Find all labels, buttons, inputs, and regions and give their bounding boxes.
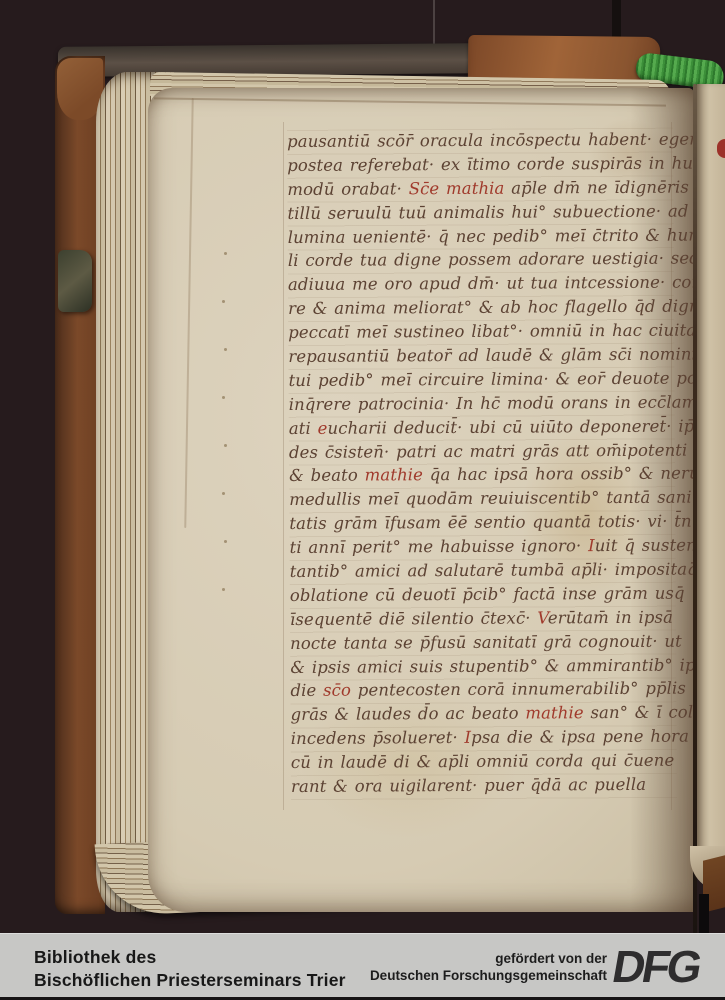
footer-banner: Bibliothek des Bischöflichen Priestersem… [0, 933, 725, 997]
clasp-remnant [58, 250, 92, 312]
pricking-mark [224, 444, 227, 447]
manuscript-line: repausantiū beator̄ ad laudē & glām sc̄i… [288, 343, 674, 369]
library-name-line1: Bibliothek des [34, 946, 346, 969]
pricking-mark [222, 300, 225, 303]
manuscript-line: pausantiū scōr̄ oracula incōspectu haben… [287, 128, 673, 154]
pricking-mark [224, 252, 227, 255]
manuscript-line: lumina uenientē· q̄ nec pedib° meī c̄tri… [288, 223, 674, 249]
pricking-mark [224, 540, 227, 543]
leaf-edge-line [154, 97, 666, 106]
manuscript-text-block: pausantiū scōr̄ oracula incōspectu haben… [287, 128, 677, 806]
red-initial-fragment [717, 139, 725, 158]
manuscript-line: die sc̄o pentecosten corā innumerabilib°… [290, 677, 676, 703]
rubric-text: sc̄o [323, 681, 351, 700]
pricking-mark [224, 348, 227, 351]
funding-credit-line1: gefördert von der [370, 950, 607, 967]
rubric-text: e [318, 418, 328, 437]
library-name: Bibliothek des Bischöflichen Priestersem… [34, 946, 346, 991]
leaf-edge-line [184, 98, 194, 528]
manuscript-line: oblatione cū deuotī p̄cib° factā inse gr… [290, 582, 676, 608]
manuscript-line: li corde tua digne possem adorare uestig… [288, 247, 674, 273]
rubric-text: mathie [365, 466, 424, 485]
manuscript-line: adiuua me oro apud dm̄· ut tua intcessio… [288, 271, 674, 297]
manuscript-line: tillū seruulū tuū animalis hui° subuecti… [287, 199, 673, 225]
manuscript-line: modū orabat· Sc̄e mathia ap̄le dm̄ ne īd… [287, 175, 673, 201]
library-name-line2: Bischöflichen Priesterseminars Trier [34, 969, 346, 992]
manuscript-line: des c̄sisten̄· patri ac matri grās att o… [289, 438, 675, 464]
facing-page-sliver [697, 84, 725, 852]
funding-credit: gefördert von der Deutschen Forschungsge… [370, 950, 607, 984]
rubric-text: mathie [525, 704, 584, 723]
manuscript-line: peccatī meī sustineo libat°· omniū in ha… [288, 319, 674, 345]
manuscript-line: medullis meī quodām reuiuiscentib° tantā… [289, 486, 675, 512]
manuscript-line: nocte tanta se p̄fusū sanitatī grā cogno… [290, 629, 676, 655]
manuscript-line: ati eucharii deducit̄· ubi cū uiūto depo… [289, 414, 675, 440]
manuscript-line: īsequentē diē silentio c̄texc̄· Verūtam̄… [290, 605, 676, 631]
manuscript-line: grās & laudes d̄o ac beato mathie san° &… [291, 701, 677, 727]
manuscript-line: inq̄rere patrocinia· In hc̄ modū orans i… [289, 390, 675, 416]
rubric-text: Sc̄e mathia [409, 178, 505, 198]
manuscript-line: & ipsis amici suis stupentib° & ammirant… [290, 653, 676, 679]
rubric-text: V [537, 608, 548, 627]
manuscript-line: & beato mathie q̄a hac ipsā hora ossib° … [289, 462, 675, 488]
manuscript-line: ti annī perit° me habuisse ignoro· Iuit … [289, 534, 675, 560]
manuscript-line: re & anima meliorat° & ab hoc flagello q… [288, 295, 674, 321]
manuscript-line: tui pedib° meī circuire limina· & eor̄ d… [288, 367, 674, 393]
manuscript-line: postea referebat· ex ītimo corde suspirā… [287, 152, 673, 178]
digitization-photo: pausantiū scōr̄ oracula incōspectu haben… [0, 0, 725, 1000]
manuscript-line: tantib° amici ad salutarē tumbā ap̄li· i… [290, 558, 676, 584]
manuscript-line: tatis grām īfusam ēē sentio quantā totis… [289, 510, 675, 536]
pricking-mark [222, 588, 225, 591]
funding-credit-line2: Deutschen Forschungsgemeinschaft [370, 967, 607, 984]
pricking-mark [222, 396, 225, 399]
manuscript-line: cū in laudē di & ap̄li omniū corda qui c… [291, 749, 677, 775]
manuscript-line: rant & ora uigilarent· puer q̄dā ac puel… [291, 773, 677, 799]
cradle-strap [699, 894, 709, 934]
dfg-logo: DFG [608, 941, 703, 993]
pricking-mark [222, 492, 225, 495]
ruling-line-vertical [283, 122, 284, 810]
manuscript-line: incedens p̄solueret· Ipsa die & ipsa pen… [291, 725, 677, 751]
